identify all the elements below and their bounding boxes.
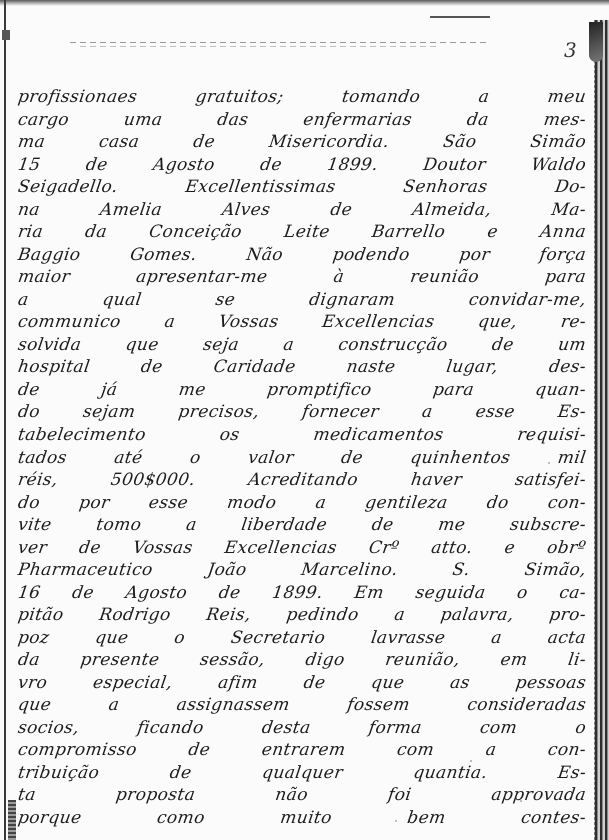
text-line: ma casa de Misericordia. São Simão bbox=[16, 131, 587, 154]
scan-speck bbox=[520, 430, 522, 432]
binding-stitch-mark bbox=[8, 800, 16, 840]
text-line: na Amelia Alves de Almeida, Ma- bbox=[16, 199, 587, 222]
text-line: hospital de Caridade naste lugar, des- bbox=[16, 356, 587, 379]
text-line: socios, ficando desta forma com o bbox=[16, 717, 587, 740]
manuscript-text: profissionaes gratuitos; tomando a meu c… bbox=[18, 86, 586, 830]
text-line: Baggio Gomes. Não podendo por força bbox=[16, 244, 587, 267]
text-line: 16 de Agosto de 1899. Em seguida o ca- bbox=[16, 582, 587, 605]
bleed-through-line bbox=[70, 42, 490, 43]
text-line: cargo uma das enfermarias da mes- bbox=[16, 109, 587, 132]
text-line: communico a Vossas Excellencias que, re- bbox=[16, 311, 587, 334]
text-line: a qual se dignaram convidar-me, bbox=[16, 289, 587, 312]
text-line: do por esse modo a gentileza do con- bbox=[16, 492, 587, 515]
text-line: pitão Rodrigo Reis, pedindo a palavra, p… bbox=[16, 604, 587, 627]
scan-speck bbox=[470, 760, 472, 762]
bleed-through-line bbox=[430, 16, 490, 18]
text-line: que a assignassem fossem consideradas bbox=[16, 694, 587, 717]
text-line: Seigadello. Excellentissimas Senhoras Do… bbox=[16, 176, 587, 199]
text-line: do sejam precisos, fornecer a esse Es- bbox=[16, 401, 587, 424]
page-number: 3 bbox=[564, 38, 577, 62]
scan-speck bbox=[300, 612, 302, 614]
text-line: tabelecimento os medicamentos requisi- bbox=[16, 424, 587, 447]
scan-speck bbox=[548, 462, 550, 464]
text-line: da presente sessão, digo reunião, em li- bbox=[16, 649, 587, 672]
text-line: solvida que seja a construcção de um bbox=[16, 334, 587, 357]
page-left-tab-mark bbox=[2, 30, 10, 40]
text-line: vite tomo a liberdade de me subscre- bbox=[16, 514, 587, 537]
text-line: de já me promptifico para quan- bbox=[16, 379, 587, 402]
text-line: 15 de Agosto de 1899. Doutor Waldo bbox=[16, 154, 587, 177]
text-line: compromisso de entrarem com a con- bbox=[16, 739, 587, 762]
bleed-through-line bbox=[80, 46, 440, 47]
text-line: profissionaes gratuitos; tomando a meu bbox=[16, 86, 587, 109]
text-line: réis, 500$000. Acreditando haver satisfe… bbox=[16, 469, 587, 492]
page-right-edge bbox=[594, 20, 609, 840]
scan-speck bbox=[520, 800, 522, 802]
manuscript-page: 3 profissionaes gratuitos; tomando a meu… bbox=[0, 0, 609, 840]
text-line: tados até o valor de quinhentos mil bbox=[16, 447, 587, 470]
text-line: tribuição de qualquer quantia. Es- bbox=[16, 762, 587, 785]
text-line: maior apresentar-me à reunião para bbox=[16, 266, 587, 289]
scan-top-shadow bbox=[0, 0, 609, 6]
text-line: porque como muito bem contes- bbox=[16, 807, 587, 830]
page-left-edge bbox=[4, 0, 6, 840]
page-corner-curl bbox=[589, 22, 603, 62]
scan-speck bbox=[395, 820, 397, 822]
text-line: ria da Conceição Leite Barrello e Anna bbox=[16, 221, 587, 244]
text-line: vro especial, afim de que as pessoas bbox=[16, 672, 587, 695]
text-line: poz que o Secretario lavrasse a acta bbox=[16, 627, 587, 650]
text-line: ver de Vossas Excellencias Crº atto. e o… bbox=[16, 537, 587, 560]
text-line: ta proposta não foi approvada bbox=[16, 784, 587, 807]
text-line: Pharmaceutico João Marcelino. S. Simão, bbox=[16, 559, 587, 582]
